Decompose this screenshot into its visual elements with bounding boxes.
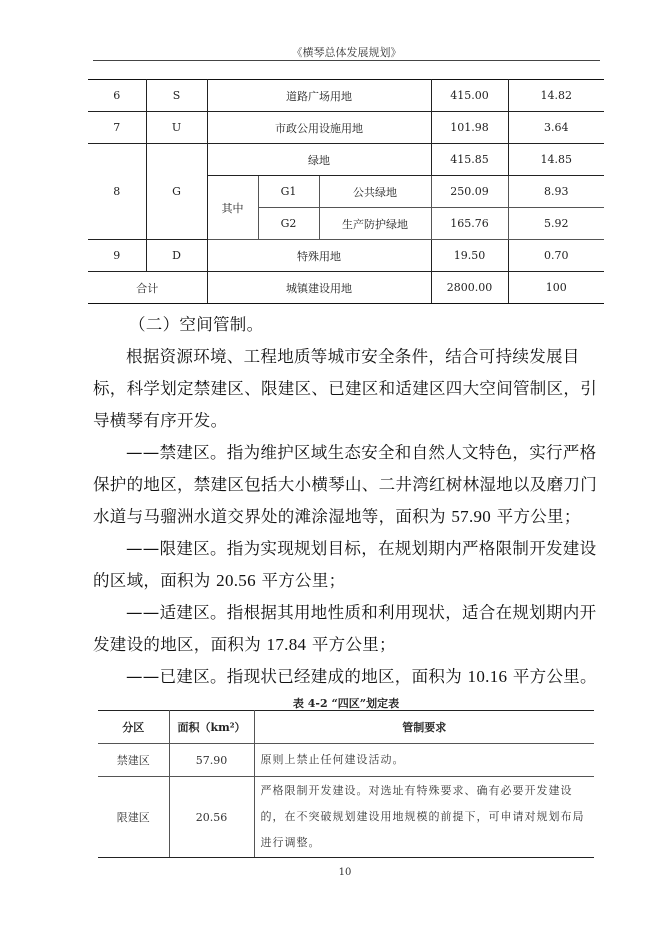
sub-code: G1 (258, 176, 319, 208)
table-caption: 表 4-2 “四区”划定表 (98, 695, 594, 711)
total-area: 2800.00 (431, 272, 508, 304)
total-label: 合计 (88, 272, 207, 304)
zone-requirement: 严格限制开发建设。对选址有特殊要求、确有必要开发建设的，在不突破规划建设用地规模… (254, 777, 594, 858)
area-value: 17.84 (267, 635, 307, 654)
paragraph-line: 保护的地区，禁建区包括大小横琴山、二井湾红树林湿地以及磨刀门 (93, 469, 605, 501)
row-number: 7 (88, 112, 146, 144)
zone-table: 分区 面积（km²） 管制要求 禁建区 57.90 原则上禁止任何建设活动。 限… (98, 710, 594, 858)
table-row: 8 G 绿地 415.85 14.85 (88, 144, 604, 176)
text-segment: 平方公里。 (507, 667, 597, 686)
text-segment: 平方公里； (491, 507, 581, 526)
table-row: 9 D 特殊用地 19.50 0.70 (88, 240, 604, 272)
paragraph-line: ——已建区。指现状已经建成的地区，面积为 10.16 平方公里。 (93, 661, 605, 693)
text-segment: 发建设的地区，面积为 (93, 635, 267, 654)
table-total-row: 合计 城镇建设用地 2800.00 100 (88, 272, 604, 304)
total-percent: 100 (508, 272, 604, 304)
row-name: 道路广场用地 (207, 80, 431, 112)
text-segment: 的区域，面积为 (93, 571, 216, 590)
zone-area: 57.90 (169, 744, 254, 777)
zone-paragraph-built: ——已建区。指现状已经建成的地区，面积为 10.16 平方公里。 (93, 661, 605, 693)
sub-name: 生产防护绿地 (319, 208, 431, 240)
intro-paragraph: 根据资源环境、工程地质等城市安全条件，结合可持续发展目标，科学划定禁建区、限建区… (93, 341, 605, 437)
zone-paragraph-suitable: ——适建区。指根据其用地性质和利用现状，适合在规划期内开 发建设的地区，面积为 … (93, 597, 605, 661)
paragraph-line: ——适建区。指根据其用地性质和利用现状，适合在规划期内开 (93, 597, 605, 629)
text-segment: ——已建区。指现状已经建成的地区，面积为 (126, 667, 468, 686)
page-number: 10 (300, 867, 390, 878)
sub-name: 公共绿地 (319, 176, 431, 208)
table-row: 6 S 道路广场用地 415.00 14.82 (88, 80, 604, 112)
paragraph-line: 发建设的地区，面积为 17.84 平方公里； (93, 629, 605, 661)
zone-paragraph-prohibited: ——禁建区。指为维护区域生态安全和自然人文特色，实行严格 保护的地区，禁建区包括… (93, 437, 605, 533)
row-area: 101.98 (431, 112, 508, 144)
text-segment: 水道与马骝洲水道交界处的滩涂湿地等，面积为 (93, 507, 451, 526)
zone-name: 限建区 (98, 777, 169, 858)
row-percent: 3.64 (508, 112, 604, 144)
row-area: 19.50 (431, 240, 508, 272)
sub-percent: 8.93 (508, 176, 604, 208)
table-row: 禁建区 57.90 原则上禁止任何建设活动。 (98, 744, 594, 777)
row-percent: 0.70 (508, 240, 604, 272)
row-percent: 14.85 (508, 144, 604, 176)
zone-requirement: 原则上禁止任何建设活动。 (254, 744, 594, 777)
text-segment: 平方公里； (306, 635, 396, 654)
row-code: G (146, 144, 207, 240)
row-number: 6 (88, 80, 146, 112)
table-row: 7 U 市政公用设施用地 101.98 3.64 (88, 112, 604, 144)
header-divider (93, 60, 600, 61)
sub-percent: 5.92 (508, 208, 604, 240)
sub-area: 250.09 (431, 176, 508, 208)
table-header-row: 分区 面积（km²） 管制要求 (98, 711, 594, 744)
area-value: 10.16 (468, 667, 508, 686)
zone-area: 20.56 (169, 777, 254, 858)
row-percent: 14.82 (508, 80, 604, 112)
row-code: U (146, 112, 207, 144)
section-heading: （二）空间管制。 (129, 309, 641, 341)
row-code: S (146, 80, 207, 112)
paragraph-line: 的区域，面积为 20.56 平方公里； (93, 565, 605, 597)
land-use-table: 6 S 道路广场用地 415.00 14.82 7 U 市政公用设施用地 101… (88, 79, 604, 304)
row-name: 特殊用地 (207, 240, 431, 272)
area-value: 57.90 (451, 507, 491, 526)
header-zone: 分区 (98, 711, 169, 744)
sub-code: G2 (258, 208, 319, 240)
sub-area: 165.76 (431, 208, 508, 240)
row-number: 9 (88, 240, 146, 272)
paragraph-line: ——限建区。指为实现规划目标，在规划期内严格限制开发建设 (93, 533, 605, 565)
table-row: 限建区 20.56 严格限制开发建设。对选址有特殊要求、确有必要开发建设的，在不… (98, 777, 594, 858)
zone-paragraph-restricted: ——限建区。指为实现规划目标，在规划期内严格限制开发建设 的区域，面积为 20.… (93, 533, 605, 597)
row-code: D (146, 240, 207, 272)
row-area: 415.85 (431, 144, 508, 176)
header-area: 面积（km²） (169, 711, 254, 744)
text-segment: 平方公里； (256, 571, 346, 590)
row-number: 8 (88, 144, 146, 240)
area-value: 20.56 (216, 571, 256, 590)
total-name: 城镇建设用地 (207, 272, 431, 304)
sub-label: 其中 (207, 176, 258, 240)
zone-name: 禁建区 (98, 744, 169, 777)
header-requirement: 管制要求 (254, 711, 594, 744)
row-name: 市政公用设施用地 (207, 112, 431, 144)
paragraph-line: 水道与马骝洲水道交界处的滩涂湿地等，面积为 57.90 平方公里； (93, 501, 605, 533)
document-header-title: 《横琴总体发展规划》 (93, 44, 600, 60)
row-name: 绿地 (207, 144, 431, 176)
row-area: 415.00 (431, 80, 508, 112)
paragraph-line: ——禁建区。指为维护区域生态安全和自然人文特色，实行严格 (93, 437, 605, 469)
